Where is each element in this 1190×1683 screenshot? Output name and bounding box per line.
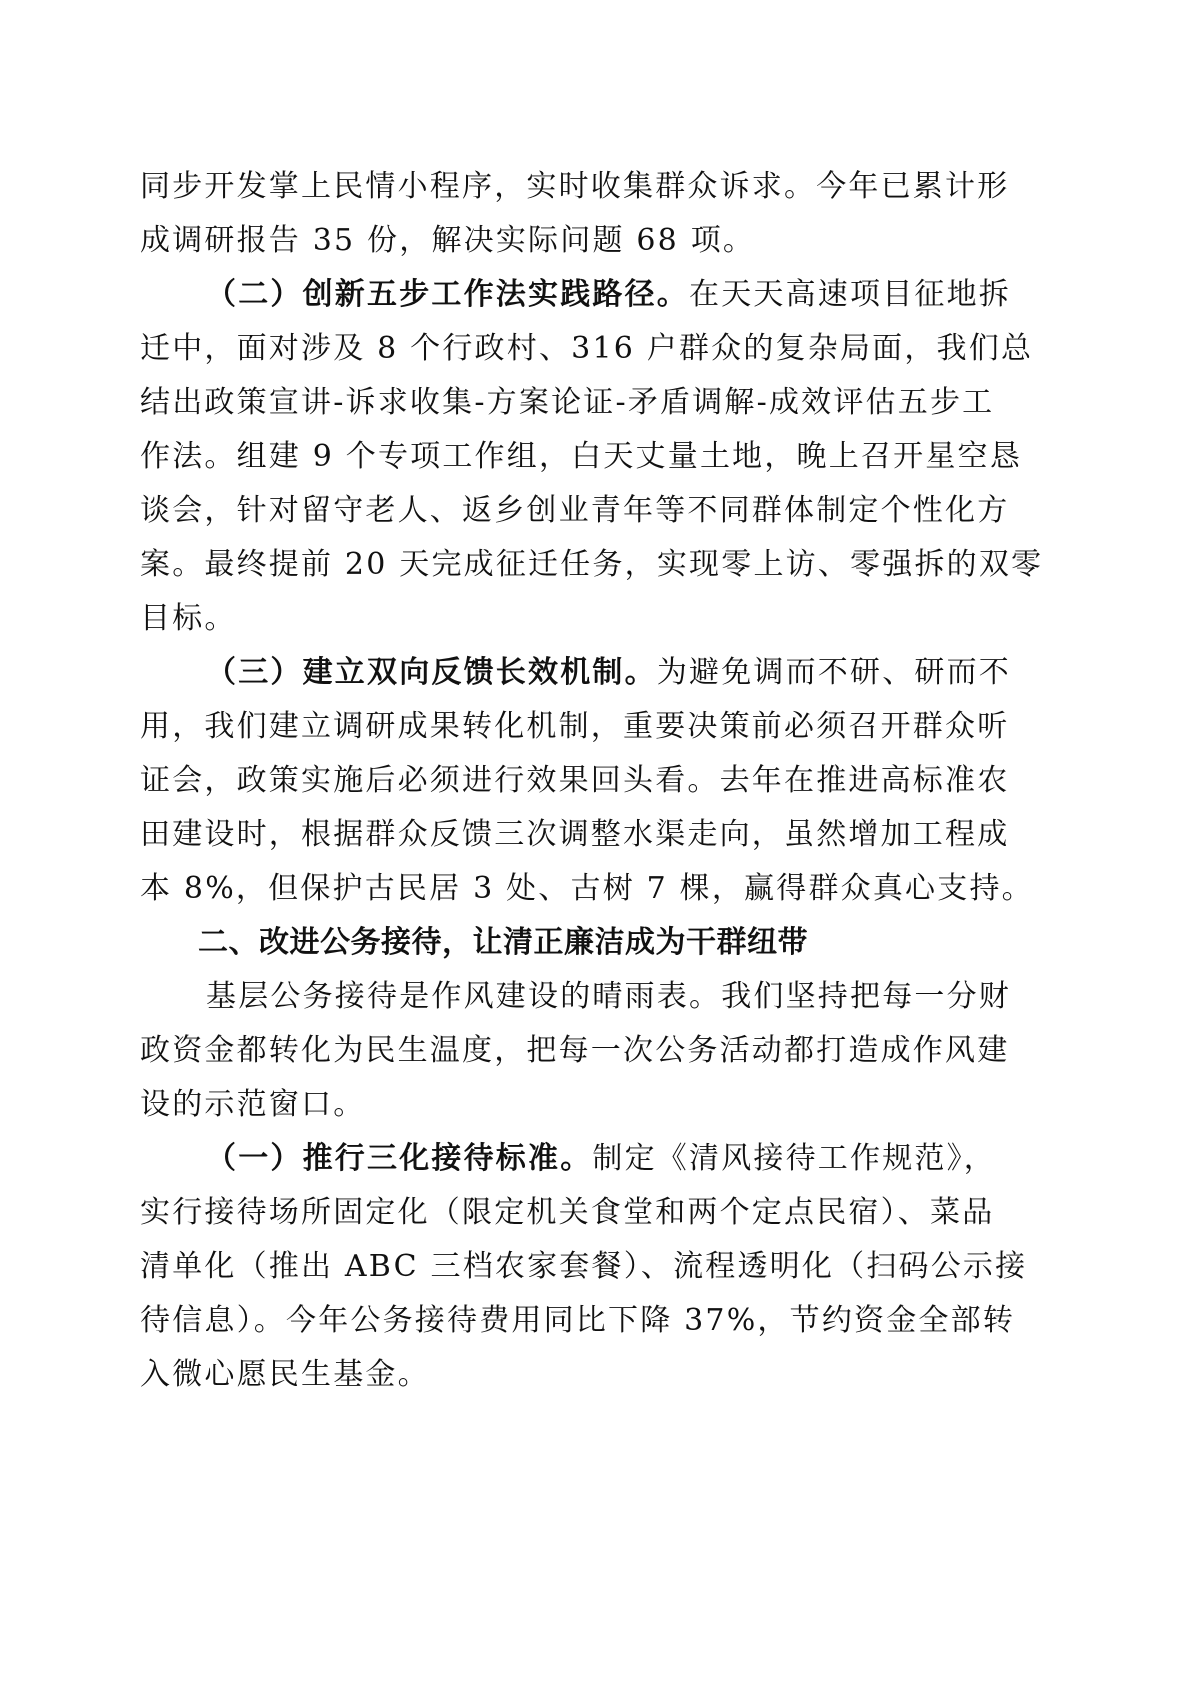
subsection-title: （一）推行三化接待标准。 bbox=[206, 1141, 592, 1176]
text-line: 用，我们建立调研成果转化机制，重要决策前必须召开群众听 bbox=[140, 700, 962, 754]
subsection-text: 制定《清风接待工作规范》， bbox=[592, 1141, 996, 1176]
text-line: 本 8%，但保护古民居 3 处、古树 7 棵，赢得群众真心支持。 bbox=[140, 862, 962, 916]
subsection-text: 在天天高速项目征地拆 bbox=[689, 277, 1011, 312]
text-line: 证会，政策实施后必须进行效果回头看。去年在推进高标准农 bbox=[140, 754, 962, 808]
text-line: 设的示范窗口。 bbox=[140, 1078, 962, 1132]
text-line: 谈会，针对留守老人、返乡创业青年等不同群体制定个性化方 bbox=[140, 484, 962, 538]
text-line: 待信息）。今年公务接待费用同比下降 37%，节约资金全部转 bbox=[140, 1294, 962, 1348]
subsection-first-line: （一）推行三化接待标准。制定《清风接待工作规范》， bbox=[140, 1132, 962, 1186]
document-page: 同步开发掌上民情小程序，实时收集群众诉求。今年已累计形 成调研报告 35 份，解… bbox=[140, 160, 962, 1402]
subsection-text: 为避免调而不研、研而不 bbox=[657, 655, 1011, 690]
text-line: 入微心愿民生基金。 bbox=[140, 1348, 962, 1402]
text-line: 田建设时，根据群众反馈三次调整水渠走向，虽然增加工程成 bbox=[140, 808, 962, 862]
text-line: 同步开发掌上民情小程序，实时收集群众诉求。今年已累计形 bbox=[140, 160, 962, 214]
text-line: 迁中，面对涉及 8 个行政村、316 户群众的复杂局面，我们总 bbox=[140, 322, 962, 376]
subsection-title: （二）创新五步工作法实践路径。 bbox=[206, 277, 689, 312]
text-line: 清单化（推出 ABC 三档农家套餐）、流程透明化（扫码公示接 bbox=[140, 1240, 962, 1294]
paragraph-first-line: 基层公务接待是作风建设的晴雨表。我们坚持把每一分财 bbox=[140, 970, 962, 1024]
subsection-first-line: （三）建立双向反馈长效机制。为避免调而不研、研而不 bbox=[140, 646, 962, 700]
subsection-first-line: （二）创新五步工作法实践路径。在天天高速项目征地拆 bbox=[140, 268, 962, 322]
text-line: 案。最终提前 20 天完成征迁任务，实现零上访、零强拆的双零 bbox=[140, 538, 962, 592]
text-line: 作法。组建 9 个专项工作组，白天丈量土地，晚上召开星空恳 bbox=[140, 430, 962, 484]
text-line: 结出政策宣讲-诉求收集-方案论证-矛盾调解-成效评估五步工 bbox=[140, 376, 962, 430]
text-line: 政资金都转化为民生温度，把每一次公务活动都打造成作风建 bbox=[140, 1024, 962, 1078]
subsection-title: （三）建立双向反馈长效机制。 bbox=[206, 655, 657, 690]
section-heading: 二、改进公务接待，让清正廉洁成为干群纽带 bbox=[140, 916, 962, 970]
text-line: 成调研报告 35 份，解决实际问题 68 项。 bbox=[140, 214, 962, 268]
text-line: 实行接待场所固定化（限定机关食堂和两个定点民宿）、菜品 bbox=[140, 1186, 962, 1240]
text-line: 目标。 bbox=[140, 592, 962, 646]
